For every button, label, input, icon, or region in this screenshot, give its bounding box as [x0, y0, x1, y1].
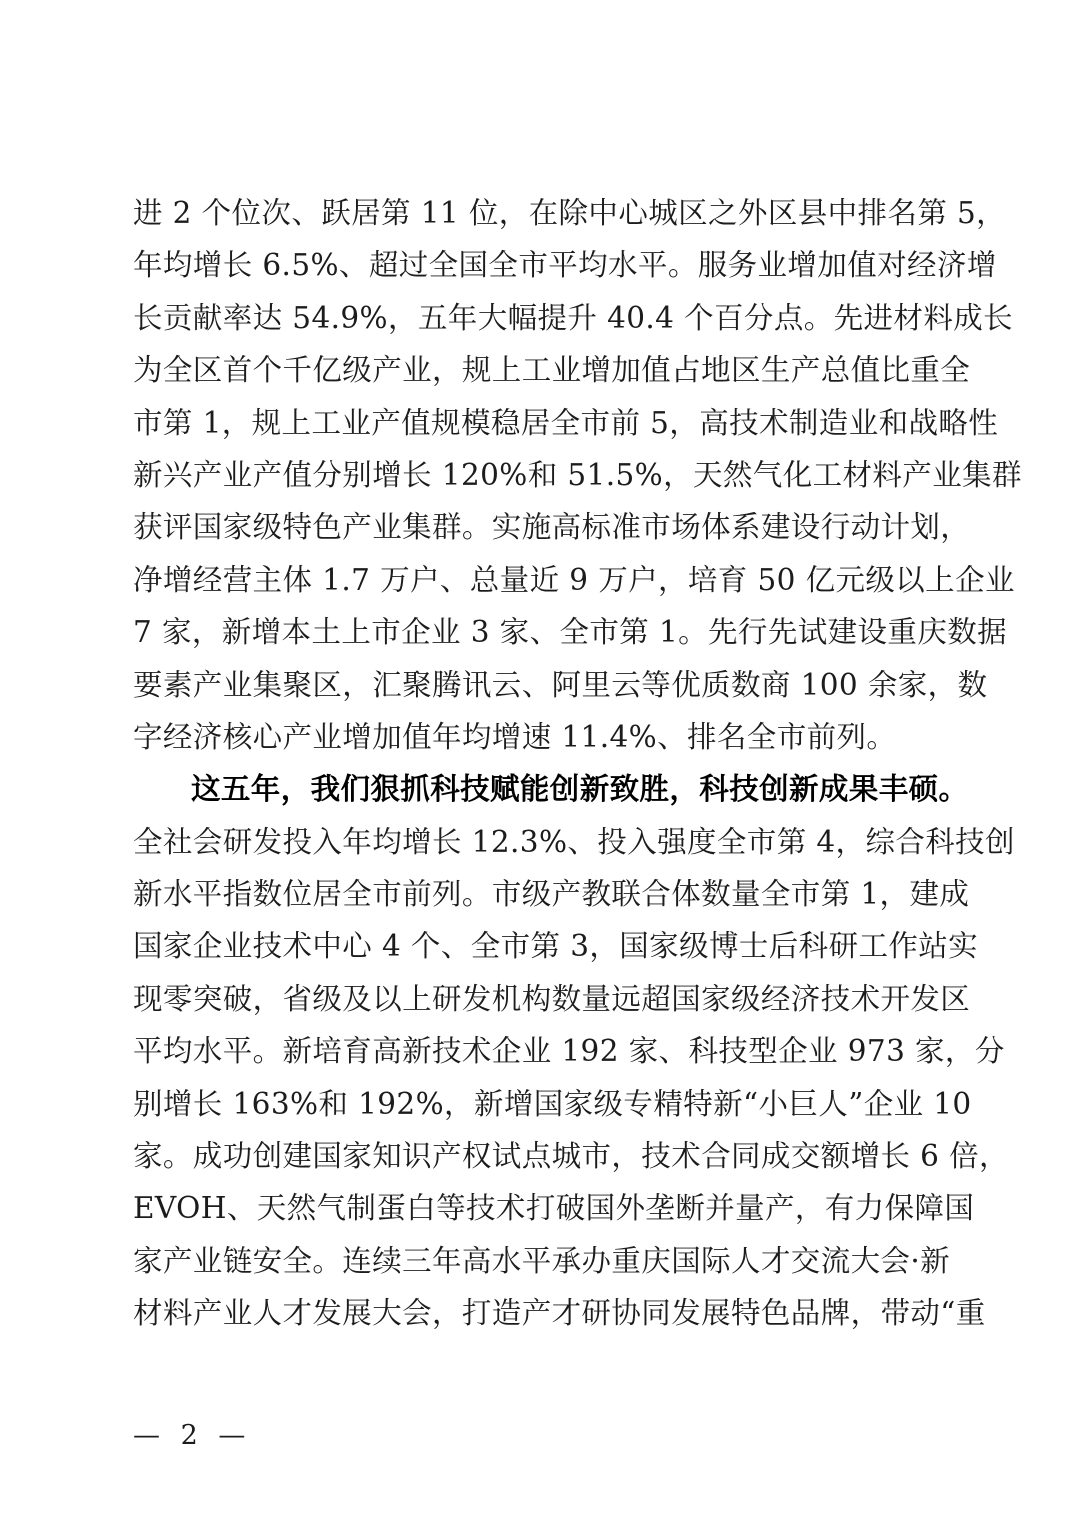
text-line: 家产业链安全。连续三年高水平承办重庆国际人才交流大会·新 — [133, 1235, 945, 1287]
section-heading: 这五年，我们狠抓科技赋能创新致胜，科技创新成果丰硕。 — [133, 763, 945, 815]
text-line: 净增经营主体 1.7 万户、总量近 9 万户，培育 50 亿元级以上企业 — [133, 554, 945, 606]
text-line: 要素产业集聚区，汇聚腾讯云、阿里云等优质数商 100 余家，数 — [133, 659, 945, 711]
text-line: 进 2 个位次、跃居第 11 位，在除中心城区之外区县中排名第 5， — [133, 187, 945, 239]
text-line: 7 家，新增本土上市企业 3 家、全市第 1。先行先试建设重庆数据 — [133, 606, 945, 658]
text-line: EVOH、天然气制蛋白等技术打破国外垄断并量产，有力保障国 — [133, 1182, 945, 1234]
text-line: 年均增长 6.5%、超过全国全市平均水平。服务业增加值对经济增 — [133, 239, 945, 291]
text-line: 全社会研发投入年均增长 12.3%、投入强度全市第 4，综合科技创 — [133, 816, 945, 868]
text-line: 获评国家级特色产业集群。实施高标准市场体系建设行动计划， — [133, 501, 945, 553]
text-line: 为全区首个千亿级产业，规上工业增加值占地区生产总值比重全 — [133, 344, 945, 396]
text-line: 别增长 163%和 192%，新增国家级专精特新“小巨人”企业 10 — [133, 1078, 945, 1130]
text-line: 材料产业人才发展大会，打造产才研协同发展特色品牌，带动“重 — [133, 1287, 945, 1339]
paragraph-science-innovation: 这五年，我们狠抓科技赋能创新致胜，科技创新成果丰硕。 全社会研发投入年均增长 1… — [133, 763, 945, 1339]
document-body: 进 2 个位次、跃居第 11 位，在除中心城区之外区县中排名第 5， 年均增长 … — [133, 187, 945, 1340]
page-number: — 2 — — [133, 1416, 251, 1456]
paragraph-economy: 进 2 个位次、跃居第 11 位，在除中心城区之外区县中排名第 5， 年均增长 … — [133, 187, 945, 763]
text-line: 市第 1，规上工业产值规模稳居全市前 5，高技术制造业和战略性 — [133, 397, 945, 449]
text-line: 新兴产业产值分别增长 120%和 51.5%，天然气化工材料产业集群 — [133, 449, 945, 501]
text-line: 字经济核心产业增加值年均增速 11.4%、排名全市前列。 — [133, 711, 945, 763]
text-line: 长贡献率达 54.9%，五年大幅提升 40.4 个百分点。先进材料成长 — [133, 292, 945, 344]
document-page: 进 2 个位次、跃居第 11 位，在除中心城区之外区县中排名第 5， 年均增长 … — [0, 0, 1074, 1520]
text-line: 家。成功创建国家知识产权试点城市，技术合同成交额增长 6 倍， — [133, 1130, 945, 1182]
text-line: 现零突破，省级及以上研发机构数量远超国家级经济技术开发区 — [133, 973, 945, 1025]
text-line: 新水平指数位居全市前列。市级产教联合体数量全市第 1，建成 — [133, 868, 945, 920]
text-line: 平均水平。新培育高新技术企业 192 家、科技型企业 973 家，分 — [133, 1025, 945, 1077]
text-line: 国家企业技术中心 4 个、全市第 3，国家级博士后科研工作站实 — [133, 920, 945, 972]
